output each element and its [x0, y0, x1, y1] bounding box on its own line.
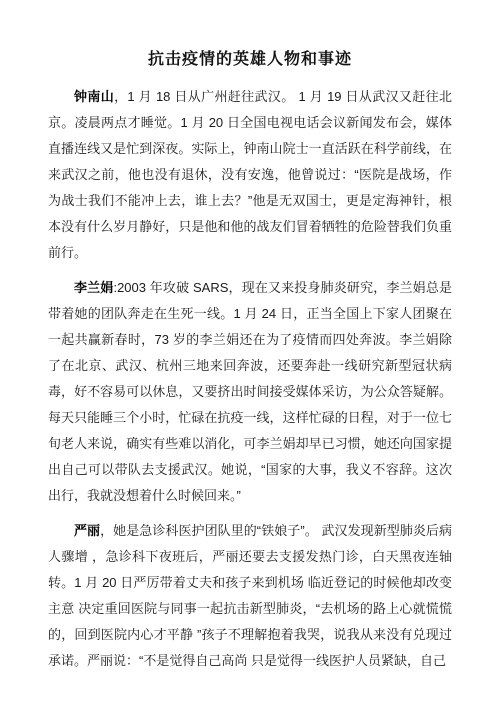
document-title: 抗击疫情的英雄人物和事迹: [48, 46, 452, 74]
paragraph-yan-li: 严丽，她是急诊科医护团队里的“铁娘子”。 武汉发现新型肺炎后病人骤增 ，急诊科下…: [48, 518, 452, 674]
paragraph-text: ，她是急诊科医护团队里的“铁娘子”。 武汉发现新型肺炎后病人骤增 ，急诊科下夜班…: [48, 523, 452, 668]
paragraph-text: :2003 年攻破 SARS，现在又来投身肺炎研究，李兰娟总是带着她的团队奔走在…: [48, 280, 452, 503]
person-name-zhong-nanshan: 钟南山: [74, 89, 114, 104]
paragraph-text: ，1 月 18 日从广州赶往武汉。 1 月 19 日从武汉又赶往北京。凌晨两点才…: [48, 89, 452, 260]
person-name-yan-li: 严丽: [74, 523, 100, 538]
paragraph-zhong-nanshan: 钟南山，1 月 18 日从广州赶往武汉。 1 月 19 日从武汉又赶往北京。凌晨…: [48, 84, 452, 266]
document-page: 抗击疫情的英雄人物和事迹 钟南山，1 月 18 日从广州赶往武汉。 1 月 19…: [0, 0, 500, 707]
paragraph-li-lanjuan: 李兰娟:2003 年攻破 SARS，现在又来投身肺炎研究，李兰娟总是带着她的团队…: [48, 275, 452, 509]
person-name-li-lanjuan: 李兰娟: [74, 280, 113, 295]
